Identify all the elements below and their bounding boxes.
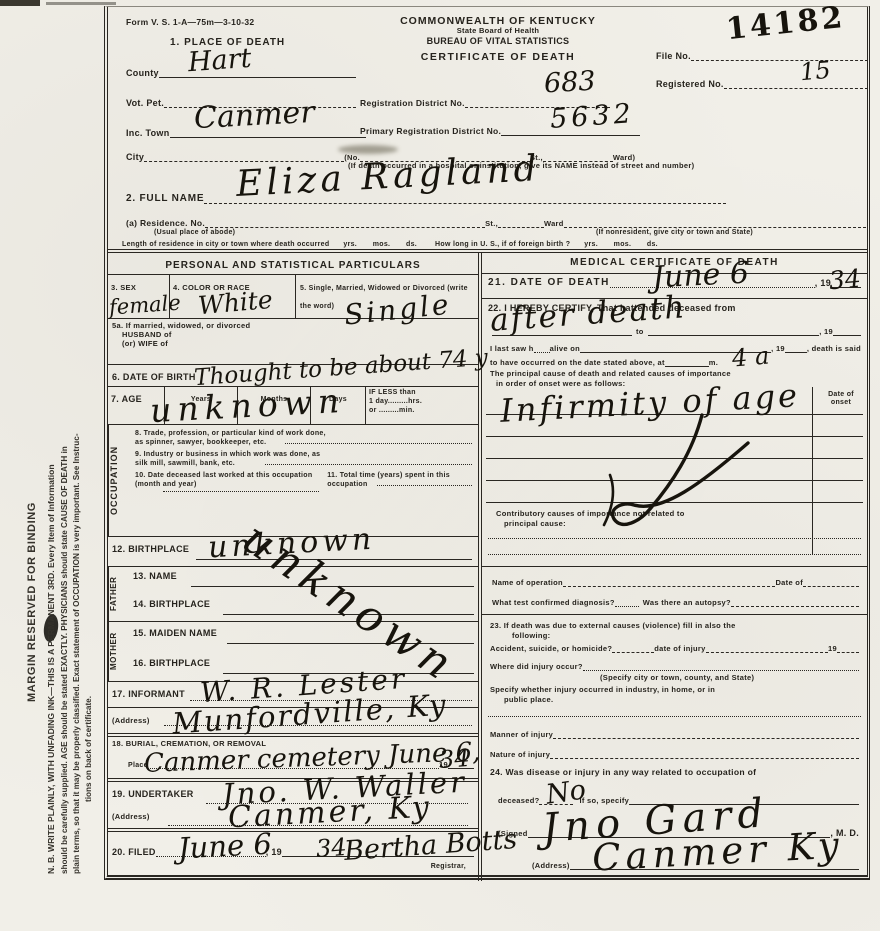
filed-date-value: June 6	[177, 830, 272, 864]
mother-maiden-label: 15. MAIDEN NAME	[133, 628, 217, 638]
certify-19-line	[833, 325, 861, 336]
age-value: unknown	[149, 384, 346, 427]
last-saw-h-line	[534, 343, 550, 353]
wife-of-label: (or) WIFE of	[122, 339, 474, 348]
last-saw-label-d: , death is said	[807, 344, 861, 353]
occupation-item11-line	[377, 484, 472, 486]
item23-accident-line	[612, 643, 654, 653]
residence-label: (a) Residence. No.	[126, 218, 205, 228]
time-of-death-value: 4 a	[731, 343, 770, 370]
father-name-label: 13. NAME	[133, 571, 177, 581]
item24-line1: 24. Was disease or injury in any way rel…	[490, 767, 861, 777]
certificate-form: Form V. S. 1-A—75m—3-10-32 1. PLACE OF D…	[104, 6, 870, 880]
manner-of-injury-label: Manner of injury	[490, 730, 553, 739]
inc-town-value: Canmer	[193, 98, 315, 134]
residence-st-line	[498, 217, 544, 228]
length-residence-row: Length of residence in city or town wher…	[122, 241, 868, 248]
item23-accident-label: Accident, suicide, or homicide?	[490, 644, 612, 653]
occupation-item8: 8. Trade, profession, or particular kind…	[135, 429, 335, 448]
form-header: Form V. S. 1-A—75m—3-10-32 1. PLACE OF D…	[108, 7, 867, 253]
husband-of-label: HUSBAND of	[122, 330, 474, 339]
registered-no-value: 15	[799, 58, 832, 85]
margin-note-line2: should be carefully supplied. AGE should…	[60, 446, 69, 874]
undertaker-address-label: (Address)	[112, 812, 150, 821]
mother-vertical-label: MOTHER	[108, 622, 127, 681]
occupation-section: OCCUPATION 8. Trade, profession, or part…	[108, 425, 478, 537]
sex-cell: 3. SEX female	[108, 275, 170, 318]
abode-note: (Usual place of abode)	[154, 229, 235, 236]
date-of-onset-label1: Date of	[814, 391, 868, 399]
undertaker-address-row: (Address) Canmer, Ky	[112, 806, 474, 830]
foreign-label: How long in U. S., if of foreign birth ?	[435, 241, 570, 248]
dob-label: 6. DATE OF BIRTH	[112, 372, 196, 382]
length-units: yrs. mos. ds.	[343, 241, 417, 248]
full-name-label: 2. FULL NAME	[126, 193, 204, 204]
residence-st-label: St.,	[485, 219, 498, 228]
item23-where-label: Where did injury occur?	[490, 662, 583, 671]
marital-status-cell: 5. Single, Married, Widowed or Divorced …	[296, 275, 478, 318]
occupation-item10: 10. Date deceased last worked at this oc…	[135, 471, 319, 490]
occurred-label-a: to have occurred on the date stated abov…	[490, 358, 665, 367]
last-saw-label-b: alive on	[550, 344, 580, 353]
item23-line1: 23. If death was due to external causes …	[490, 621, 861, 630]
residence-ward-line	[564, 217, 866, 228]
item23-rule-top	[482, 613, 867, 615]
residence-row: (a) Residence. No. St., Ward	[126, 217, 866, 228]
file-no-label: File No.	[656, 51, 691, 61]
certificate-paper: MARGIN RESERVED FOR BINDING N. B. WRITE …	[0, 0, 880, 931]
operation-date-line	[803, 577, 859, 587]
filed-section: 20. FILED , 19 June 6 34 Bertha Botts Re…	[108, 832, 478, 881]
manner-of-injury-line	[553, 729, 859, 739]
certify-19-label: , 19	[819, 327, 833, 336]
medical-column: MEDICAL CERTIFICATE OF DEATH 21. DATE OF…	[482, 253, 867, 881]
operation-rule-top	[482, 565, 867, 567]
test-line	[615, 597, 639, 607]
contributory-line-2	[488, 553, 861, 555]
state-board-subtitle: State Board of Health	[358, 27, 638, 36]
father-vertical-label: FATHER	[108, 567, 127, 621]
test-label: What test confirmed diagnosis?	[492, 598, 615, 607]
principal-cause-line1: The principal cause of death and related…	[490, 369, 861, 378]
pen-flourish	[552, 413, 782, 553]
nature-of-injury-row: Nature of injury	[490, 749, 859, 759]
margin-note-line1: N. B. WRITE PLAINLY, WITH UNFADING INK—T…	[46, 464, 56, 874]
registered-no-line	[724, 79, 868, 89]
father-birthplace-label: 14. BIRTHPLACE	[133, 599, 210, 609]
ink-smudge	[338, 145, 398, 154]
color-race-cell: 4. COLOR OR RACE White	[170, 275, 296, 318]
occupation-item9: 9. Industry or business in which work wa…	[135, 450, 325, 469]
foreign-units: yrs. mos. ds.	[584, 241, 658, 248]
city-label: City	[126, 152, 144, 162]
bureau-subtitle: BUREAU OF VITAL STATISTICS	[358, 36, 638, 46]
item23-injury-date-label: date of injury	[654, 644, 705, 653]
occupation-vertical-label: OCCUPATION	[108, 425, 129, 536]
registration-district-label: Registration District No.	[360, 98, 465, 108]
filed-row: 20. FILED , 19 June 6 34 Bertha Botts	[112, 846, 474, 857]
birthplace-label: 12. BIRTHPLACE	[112, 544, 189, 554]
state-heading: COMMONWEALTH OF KENTUCKY State Board of …	[358, 15, 638, 63]
date-of-death-value: June 6	[651, 258, 749, 293]
informant-label: 17. INFORMANT	[112, 689, 185, 699]
last-saw-row: I last saw h alive on , 19 , death is sa…	[490, 343, 861, 353]
length-label: Length of residence in city or town wher…	[122, 241, 329, 248]
date-of-death-label: 21. DATE OF DEATH	[488, 277, 610, 288]
item23-where-line	[583, 661, 859, 671]
county-label: County	[126, 68, 159, 78]
item23-specify-note: (Specify city or town, county, and State…	[600, 673, 754, 682]
personal-title: PERSONAL AND STATISTICAL PARTICULARS	[165, 260, 420, 271]
personal-column: PERSONAL AND STATISTICAL PARTICULARS 3. …	[108, 253, 482, 881]
occupation-item10-line	[163, 490, 319, 492]
age-less-line1: IF LESS than	[369, 388, 475, 397]
registrar-label: Registrar,	[112, 863, 466, 870]
operation-line	[563, 577, 776, 587]
scan-artifact-top-left	[0, 0, 40, 6]
sex-race-status-section: 3. SEX female 4. COLOR OR RACE White 5. …	[108, 275, 478, 319]
item23-bottom-line	[488, 715, 861, 717]
nature-of-injury-line	[550, 749, 859, 759]
sex-label: 3. SEX	[111, 283, 136, 292]
personal-title-section: PERSONAL AND STATISTICAL PARTICULARS	[108, 253, 478, 275]
occurred-time-line	[665, 357, 709, 367]
item23-19-label: 19	[828, 644, 837, 653]
occurred-row: to have occurred on the date stated abov…	[490, 357, 861, 367]
certificate-title: CERTIFICATE OF DEATH	[358, 51, 638, 63]
informant-address-line	[164, 724, 472, 726]
date-of-death-year-value: 34	[828, 266, 862, 294]
occupation-item10-cell: 10. Date deceased last worked at this oc…	[135, 471, 319, 492]
file-no-line	[691, 51, 868, 61]
mother-birthplace-label: 16. BIRTHPLACE	[133, 658, 210, 668]
test-autopsy-row: What test confirmed diagnosis? Was there…	[492, 597, 859, 607]
undertaker-address-line	[168, 824, 468, 826]
filed-label: 20. FILED	[112, 847, 156, 857]
item23-19-line	[837, 643, 859, 653]
date-of-onset-header: Date of onset	[814, 391, 868, 408]
last-saw-label-c: , 19	[771, 344, 785, 353]
file-no-row: File No.	[656, 51, 868, 61]
last-saw-19-line	[785, 343, 807, 353]
vot-pet-label: Vot. Pet.	[126, 98, 164, 108]
item23-where-row: Where did injury occur?	[490, 661, 859, 671]
form-body: PERSONAL AND STATISTICAL PARTICULARS 3. …	[108, 253, 867, 881]
item23-accident-row: Accident, suicide, or homicide? date of …	[490, 643, 859, 653]
item5a-label: 5a. If married, widowed, or divorced	[112, 321, 474, 330]
occupation-item8-line	[285, 442, 472, 444]
registration-district-value: 683	[543, 68, 596, 98]
signed-address-label: (Address)	[532, 861, 570, 870]
informant-address-label: (Address)	[112, 716, 150, 725]
item23-injury-date-line	[706, 643, 829, 653]
certify-to-line	[648, 325, 820, 336]
nonresident-note: (If nonresident, give city or town and S…	[596, 229, 753, 236]
age-less-cell: IF LESS than 1 day.........hrs. or .....…	[365, 387, 478, 424]
color-race-value: White	[197, 287, 274, 318]
last-saw-label-a: I last saw h	[490, 344, 534, 353]
scan-artifact-top	[46, 2, 116, 5]
occupation-items: 8. Trade, profession, or particular kind…	[129, 425, 478, 536]
primary-district-value: 5632	[549, 100, 635, 133]
autopsy-line	[731, 597, 859, 607]
margin-binding-text: MARGIN RESERVED FOR BINDING	[26, 502, 38, 702]
signed-label: (Signed	[498, 829, 528, 838]
operation-label: Name of operation	[492, 578, 563, 587]
registered-no-row: Registered No.	[656, 79, 868, 89]
item23-specify-line1: Specify whether injury occurred in indus…	[490, 685, 715, 694]
informant-address-section: (Address) Munfordville, Ky	[108, 708, 478, 737]
nature-of-injury-label: Nature of injury	[490, 750, 550, 759]
occupation-item10-11-row: 10. Date deceased last worked at this oc…	[135, 471, 472, 492]
age-section: 7. AGE Years Months Days IF LESS than 1 …	[108, 387, 478, 425]
operation-row: Name of operation Date of	[492, 577, 859, 587]
undertaker-section: 19. UNDERTAKER Jno. W. Waller (Address) …	[108, 782, 478, 832]
margin-note-line3: plain terms, so that it may be properly …	[72, 433, 81, 874]
operation-date-label: Date of	[775, 578, 803, 587]
margin-note-line4: tions on back of certificate.	[84, 696, 93, 802]
occupation-item11-cell: 11. Total time (years) spent in this occ…	[319, 471, 472, 486]
date-of-onset-label2: onset	[814, 399, 868, 407]
registered-no-label: Registered No.	[656, 79, 724, 89]
autopsy-label: Was there an autopsy?	[643, 598, 731, 607]
occurred-label-b: m.	[709, 358, 718, 367]
item24-deceased-label: deceased?	[498, 796, 539, 805]
occupation-item11: 11. Total time (years) spent in this occ…	[327, 471, 472, 490]
occupation-item9-line	[265, 463, 472, 465]
residence-line	[205, 217, 485, 228]
scanned-death-certificate: { "margin": { "binding": "MARGIN RESERVE…	[0, 0, 880, 931]
age-less-line2: 1 day.........hrs.	[369, 397, 475, 406]
county-value: Hart	[187, 45, 252, 76]
age-label: 7. AGE	[111, 394, 142, 404]
inc-town-label: Inc. Town	[126, 128, 170, 138]
manner-of-injury-row: Manner of injury	[490, 729, 859, 739]
form-number: Form V. S. 1-A—75m—3-10-32	[126, 17, 254, 27]
item23-specify-line2: public place.	[504, 695, 553, 704]
item23-line1b: following:	[512, 631, 550, 640]
undertaker-label: 19. UNDERTAKER	[112, 789, 194, 799]
stamp-certificate-number: 14182	[725, 3, 847, 45]
age-less-line3: or .........min.	[369, 406, 475, 415]
residence-ward-label: Ward	[544, 219, 564, 228]
primary-district-label: Primary Registration District No.	[360, 126, 501, 136]
